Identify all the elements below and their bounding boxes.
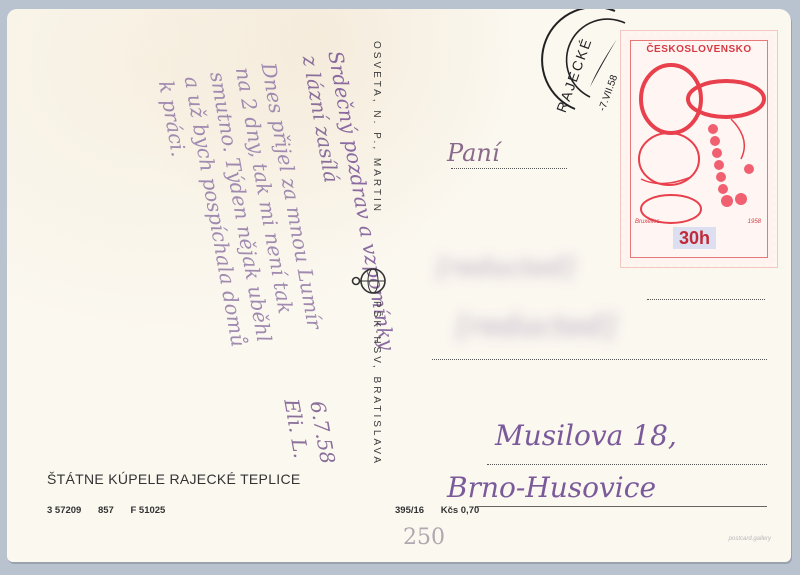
stamp-caption-right: 1958 <box>748 219 761 225</box>
message-line: Srdečný pozdrav a vzpomínky <box>323 49 399 352</box>
publisher-bottom: PŠK-HSV, BRATISLAVA <box>371 301 382 466</box>
publisher-top: OSVETA, N. P., MARTIN <box>371 41 382 214</box>
code: F 51025 <box>130 505 165 516</box>
address-name2-redacted: [redacted] <box>457 309 615 344</box>
pencil-price-note: 250 <box>403 525 445 550</box>
stamp-caption-left: Bruxelles <box>635 219 660 225</box>
code: 3 57209 <box>47 505 81 516</box>
code: 857 <box>98 505 114 516</box>
price: Kčs 0,70 <box>441 505 480 516</box>
address-line-2 <box>647 299 765 300</box>
postage-stamp: ČESKOSLOVENSKO 30h Bruxelles 1958 <box>621 31 777 267</box>
address-city: Brno-Husovice <box>447 471 656 504</box>
address-street: Musilova 18, <box>495 419 677 452</box>
publisher-globe-icon <box>349 265 389 297</box>
postmark: RAJECKÉ -7.VII.58 <box>535 9 635 119</box>
address-salutation: Paní <box>447 139 500 167</box>
stamp-country: ČESKOSLOVENSKO <box>631 44 767 55</box>
postcard: Srdečný pozdrav a vzpomínky z lázní zasí… <box>7 9 791 562</box>
address-name-redacted: [redacted] <box>437 253 574 283</box>
address-line-4 <box>487 464 767 465</box>
address-line-5 <box>475 506 767 507</box>
watermark: postcard.gallery <box>729 536 771 542</box>
stamp-value: 30h <box>673 227 716 249</box>
card-codes: 3 57209 857 F 51025 <box>47 505 179 516</box>
series-number: 395/16 <box>395 505 424 516</box>
card-title: ŠTÁTNE KÚPELE RAJECKÉ TEPLICE <box>47 471 301 487</box>
address-line-1 <box>451 168 567 169</box>
address-line-3 <box>432 359 767 360</box>
